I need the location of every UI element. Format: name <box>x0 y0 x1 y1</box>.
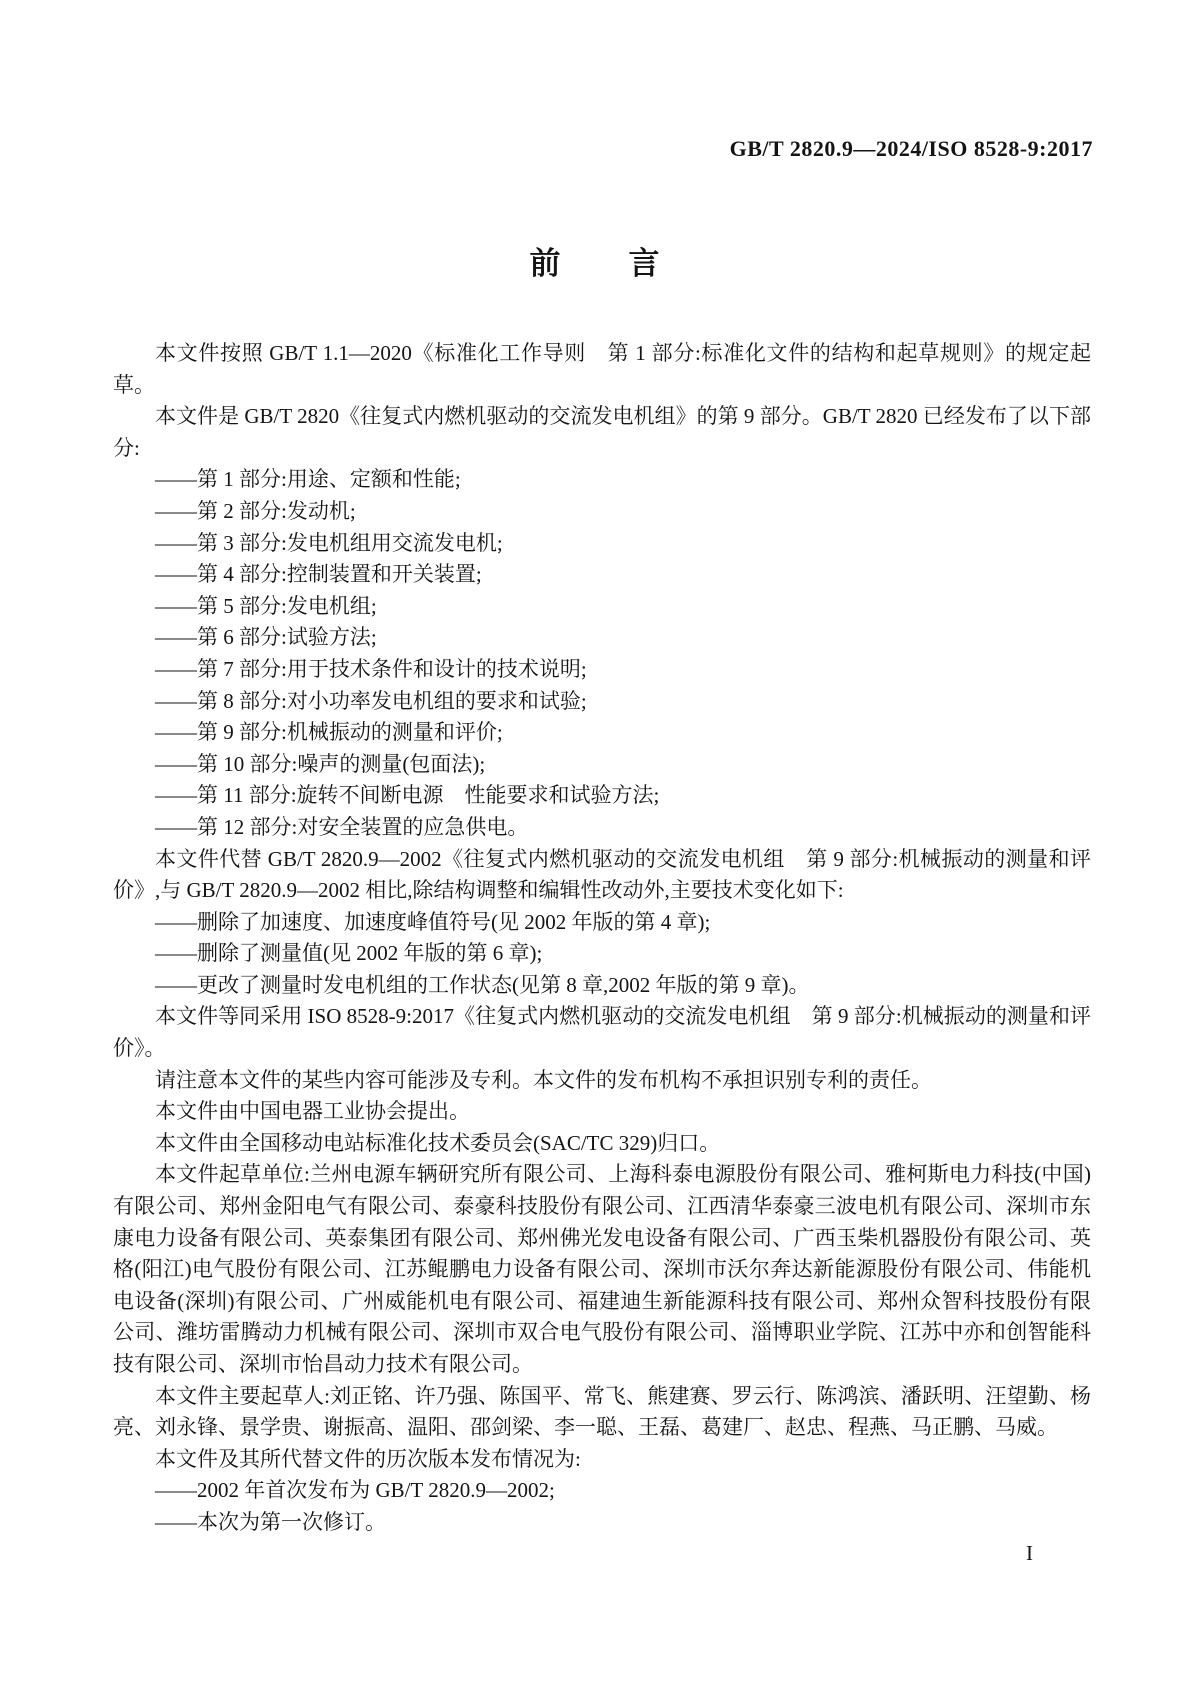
list-item-history-1: ——2002 年首次发布为 GB/T 2820.9—2002; <box>113 1475 1091 1507</box>
list-item-part-11: ——第 11 部分:旋转不间断电源 性能要求和试验方法; <box>113 780 1091 812</box>
list-item-part-1: ——第 1 部分:用途、定额和性能; <box>113 464 1091 496</box>
page-number: I <box>1026 1541 1033 1566</box>
list-item-part-4: ——第 4 部分:控制装置和开关装置; <box>113 559 1091 591</box>
foreword-body: 本文件按照 GB/T 1.1—2020《标准化工作导则 第 1 部分:标准化文件… <box>113 338 1091 1539</box>
paragraph-patent-notice: 请注意本文件的某些内容可能涉及专利。本文件的发布机构不承担识别专利的责任。 <box>113 1065 1091 1097</box>
list-item-part-6: ——第 6 部分:试验方法; <box>113 622 1091 654</box>
paragraph-series-intro: 本文件是 GB/T 2820《往复式内燃机驱动的交流发电机组》的第 9 部分。G… <box>113 401 1091 464</box>
list-item-part-2: ——第 2 部分:发动机; <box>113 496 1091 528</box>
list-item-change-2: ——删除了测量值(见 2002 年版的第 6 章); <box>113 938 1091 970</box>
paragraph-version-history-intro: 本文件及其所代替文件的历次版本发布情况为: <box>113 1444 1091 1476</box>
paragraph-iso-adoption: 本文件等同采用 ISO 8528-9:2017《往复式内燃机驱动的交流发电机组 … <box>113 1001 1091 1064</box>
document-number: GB/T 2820.9—2024/ISO 8528-9:2017 <box>730 136 1093 162</box>
paragraph-scope: 本文件按照 GB/T 1.1—2020《标准化工作导则 第 1 部分:标准化文件… <box>113 338 1091 401</box>
page-title: 前 言 <box>0 238 1191 283</box>
paragraph-replacement: 本文件代替 GB/T 2820.9—2002《往复式内燃机驱动的交流发电机组 第… <box>113 844 1091 907</box>
list-item-history-2: ——本次为第一次修订。 <box>113 1507 1091 1539</box>
list-item-part-8: ——第 8 部分:对小功率发电机组的要求和试验; <box>113 686 1091 718</box>
paragraph-proposer: 本文件由中国电器工业协会提出。 <box>113 1096 1091 1128</box>
document-page: GB/T 2820.9—2024/ISO 8528-9:2017 前 言 本文件… <box>0 0 1191 1685</box>
list-item-change-1: ——删除了加速度、加速度峰值符号(见 2002 年版的第 4 章); <box>113 907 1091 939</box>
list-item-part-7: ——第 7 部分:用于技术条件和设计的技术说明; <box>113 654 1091 686</box>
list-item-part-3: ——第 3 部分:发电机组用交流发电机; <box>113 528 1091 560</box>
list-item-part-9: ——第 9 部分:机械振动的测量和评价; <box>113 717 1091 749</box>
list-item-part-12: ——第 12 部分:对安全装置的应急供电。 <box>113 812 1091 844</box>
paragraph-drafters: 本文件主要起草人:刘正铭、许乃强、陈国平、常飞、熊建赛、罗云行、陈鸿滨、潘跃明、… <box>113 1381 1091 1444</box>
list-item-part-5: ——第 5 部分:发电机组; <box>113 591 1091 623</box>
paragraph-drafting-organizations: 本文件起草单位:兰州电源车辆研究所有限公司、上海科泰电源股份有限公司、雅柯斯电力… <box>113 1159 1091 1380</box>
list-item-part-10: ——第 10 部分:噪声的测量(包面法); <box>113 749 1091 781</box>
paragraph-committee: 本文件由全国移动电站标准化技术委员会(SAC/TC 329)归口。 <box>113 1128 1091 1160</box>
list-item-change-3: ——更改了测量时发电机组的工作状态(见第 8 章,2002 年版的第 9 章)。 <box>113 970 1091 1002</box>
